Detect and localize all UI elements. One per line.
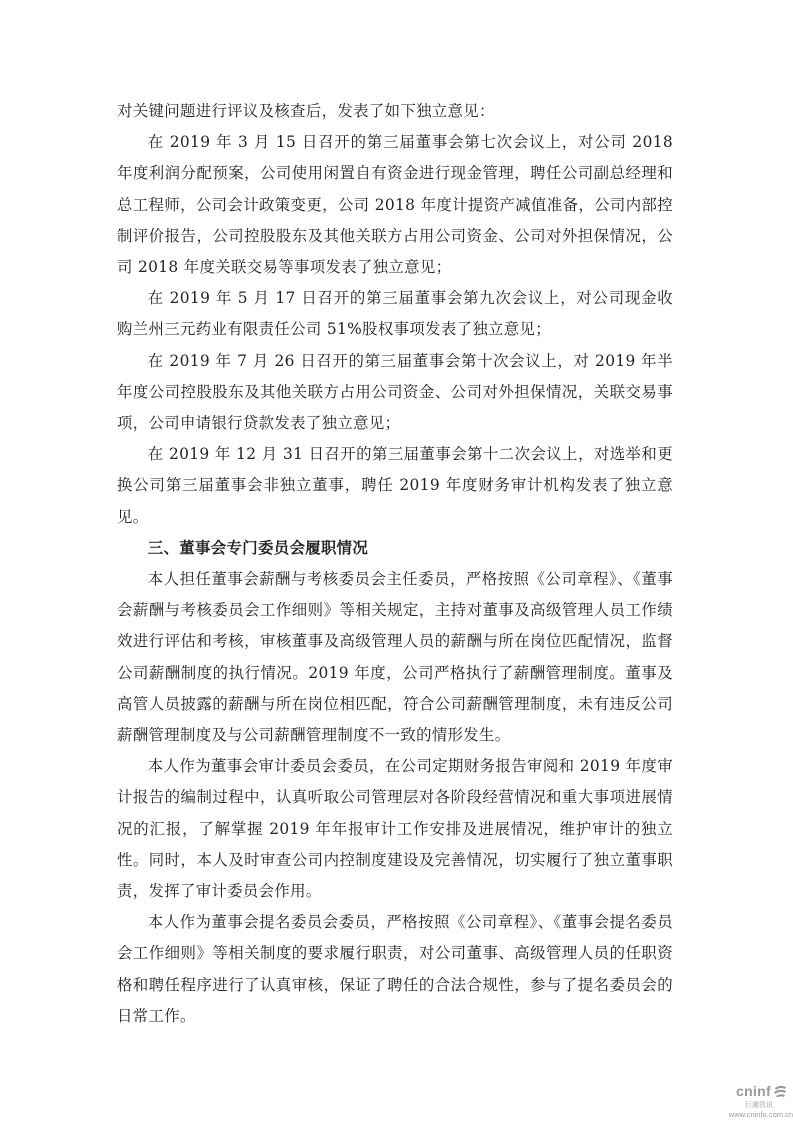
cninfo-chinese-name: 巨潮资讯 xyxy=(718,1101,793,1110)
cninfo-watermark: cninf 巨潮资讯 www.cninfo.com.cn xyxy=(718,1083,793,1119)
paragraph-audit-committee: 本人作为董事会审计委员会委员，在公司定期财务报告审阅和 2019 年度审计报告的… xyxy=(117,751,673,907)
paragraph-nomination-committee: 本人作为董事会提名委员会委员，严格按照《公司章程》、《董事会提名委员会工作细则》… xyxy=(117,907,673,1032)
section-heading: 三、董事会专门委员会履职情况 xyxy=(117,533,673,564)
paragraph-board-meeting-9: 在 2019 年 5 月 17 日召开的第三届董事会第九次会议上，对公司现金收购… xyxy=(117,283,673,345)
document-page: 对关键问题进行评议及核查后，发表了如下独立意见： 在 2019 年 3 月 15… xyxy=(117,96,673,1032)
paragraph-board-meeting-7: 在 2019 年 3 月 15 日召开的第三届董事会第七次会议上，对公司 201… xyxy=(117,127,673,283)
paragraph-remuneration-committee: 本人担任董事会薪酬与考核委员会主任委员，严格按照《公司章程》、《董事会薪酬与考核… xyxy=(117,564,673,751)
paragraph-continuation: 对关键问题进行评议及核查后，发表了如下独立意见： xyxy=(117,96,673,127)
paragraph-board-meeting-10: 在 2019 年 7 月 26 日召开的第三届董事会第十次会议上，对 2019 … xyxy=(117,346,673,440)
cninfo-url: www.cninfo.com.cn xyxy=(718,1110,793,1119)
cninfo-brand: cninf xyxy=(736,1084,793,1098)
cninfo-logo-icon xyxy=(773,1085,787,1097)
brand-text: cninf xyxy=(736,1084,771,1098)
paragraph-board-meeting-12: 在 2019 年 12 月 31 日召开的第三届董事会第十二次会议上，对选举和更… xyxy=(117,439,673,533)
